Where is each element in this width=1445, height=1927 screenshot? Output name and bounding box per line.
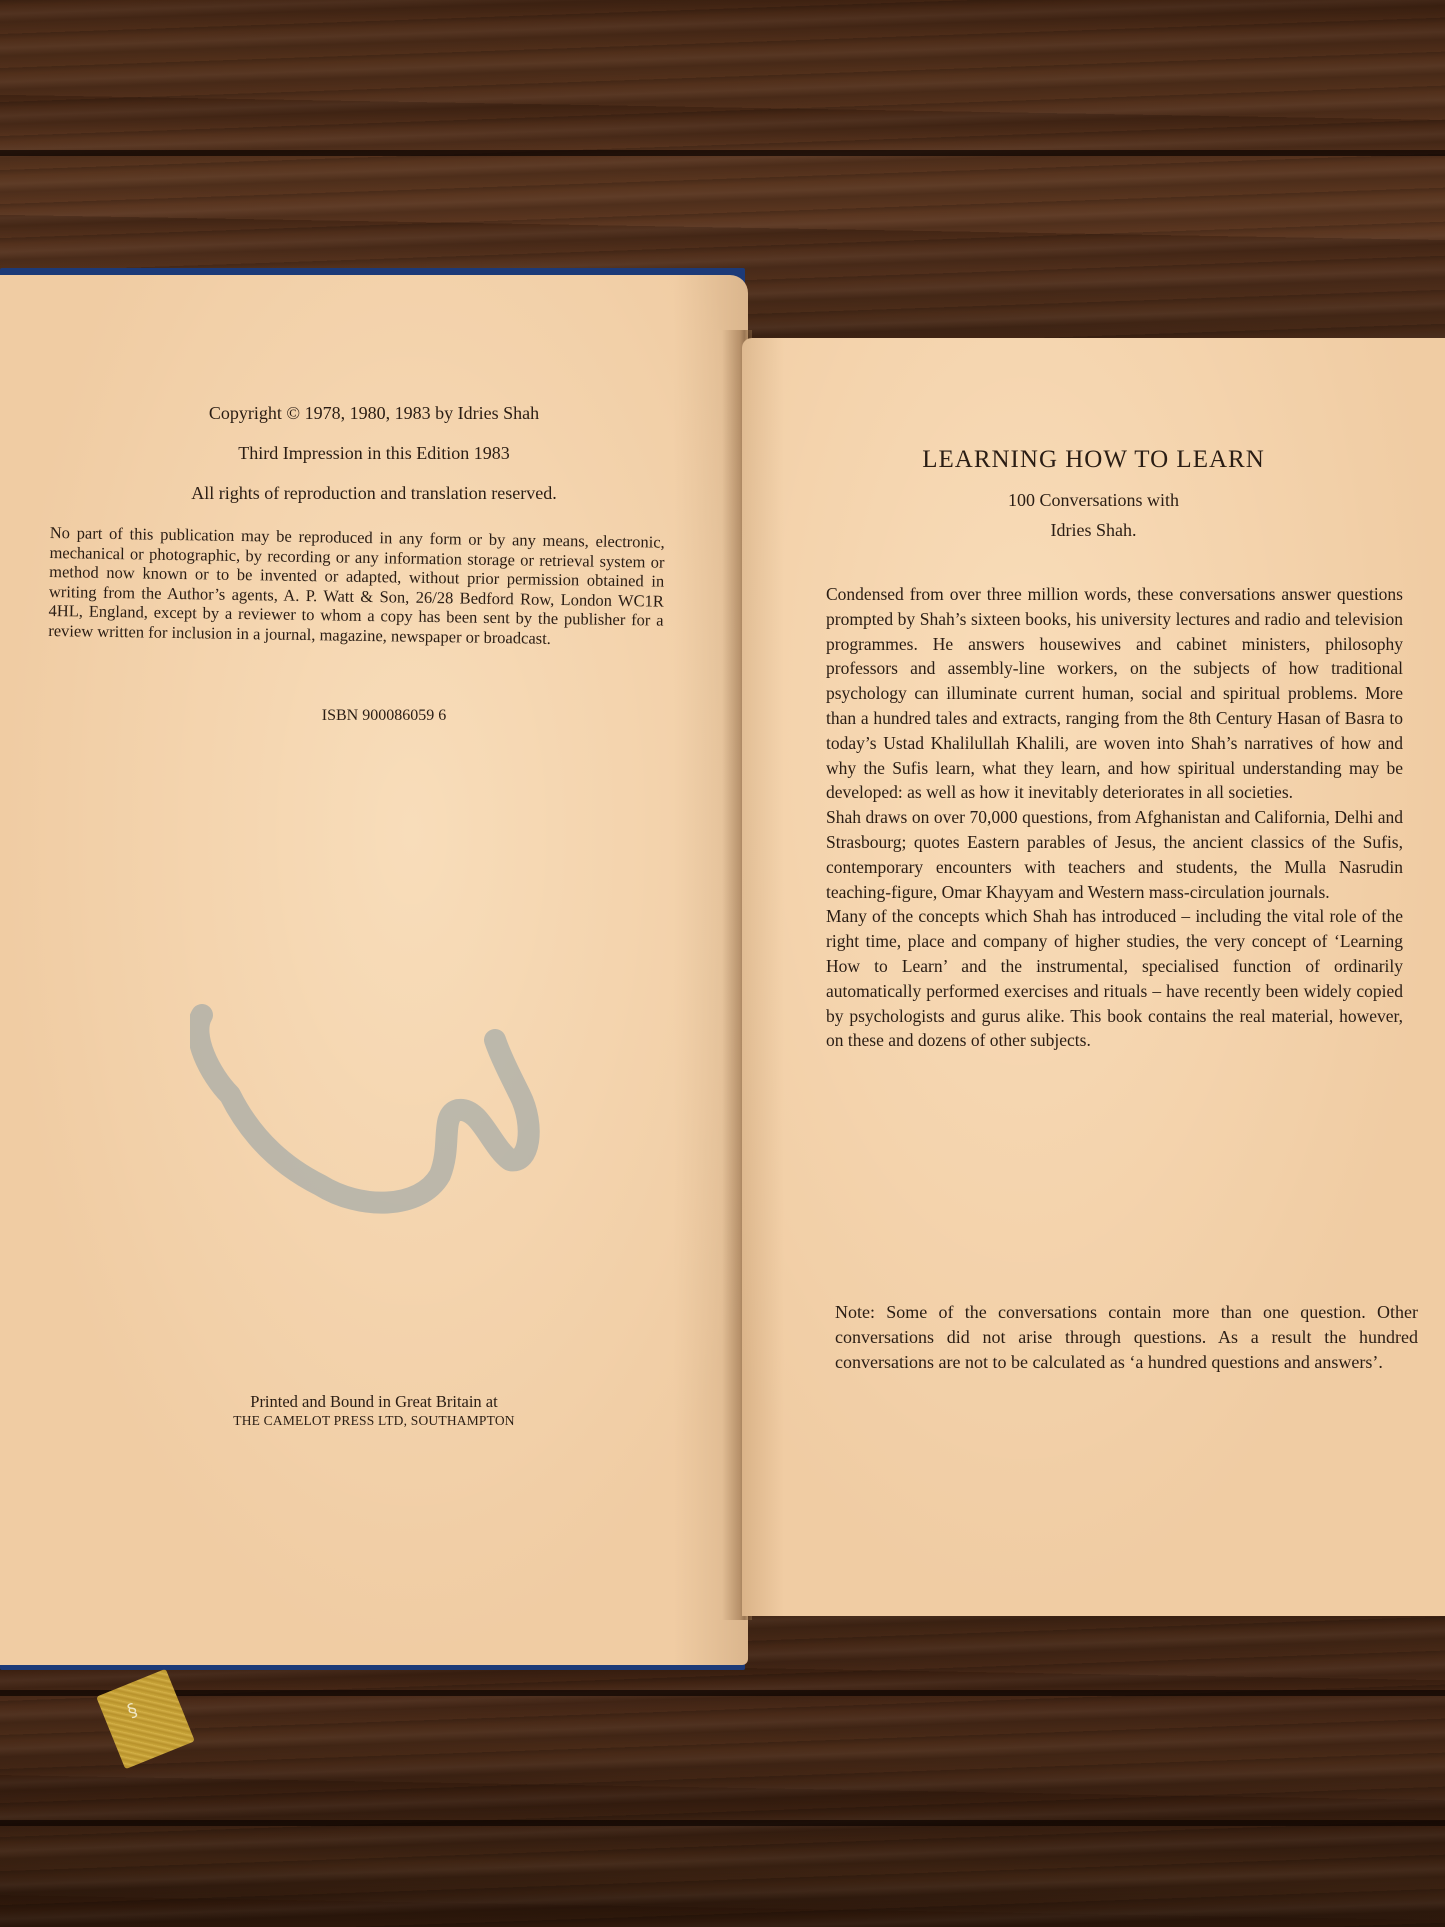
author-note: Note: Some of the conversations contain … (835, 1300, 1418, 1375)
blurb-paragraph: Many of the concepts which Shah has intr… (826, 904, 1403, 1053)
impression-line: Third Impression in this Edition 1983 (40, 443, 708, 464)
printer-name: THE CAMELOT PRESS LTD, SOUTHAMPTON (40, 1413, 708, 1429)
book-subtitle: 100 Conversations with (742, 490, 1445, 511)
wood-plank-gap (0, 1690, 1445, 1696)
rights-line: All rights of reproduction and translati… (40, 483, 708, 504)
book-blurb: Condensed from over three million words,… (826, 582, 1403, 1053)
printer-line: Printed and Bound in Great Britain at (40, 1392, 708, 1412)
blurb-paragraph: Condensed from over three million words,… (826, 582, 1403, 805)
ribbon-bookmark[interactable]: § (96, 1669, 195, 1769)
book-title: LEARNING HOW TO LEARN (742, 446, 1445, 474)
isbn: ISBN 900086059 6 (60, 707, 708, 725)
left-page-copyright: Copyright © 1978, 1980, 1983 by Idries S… (0, 275, 748, 1665)
bookmark-mark-icon: § (124, 1699, 140, 1722)
blurb-paragraph: Shah draws on over 70,000 questions, fro… (826, 805, 1403, 904)
right-page-title: LEARNING HOW TO LEARN 100 Conversations … (742, 338, 1445, 1616)
copyright-line: Copyright © 1978, 1980, 1983 by Idries S… (40, 403, 708, 424)
wood-plank-gap (0, 1820, 1445, 1826)
legal-notice: No part of this publication may be repro… (48, 523, 665, 650)
book-author: Idries Shah. (742, 520, 1445, 541)
wood-plank-gap (0, 150, 1445, 156)
water-stain-icon (190, 995, 540, 1235)
